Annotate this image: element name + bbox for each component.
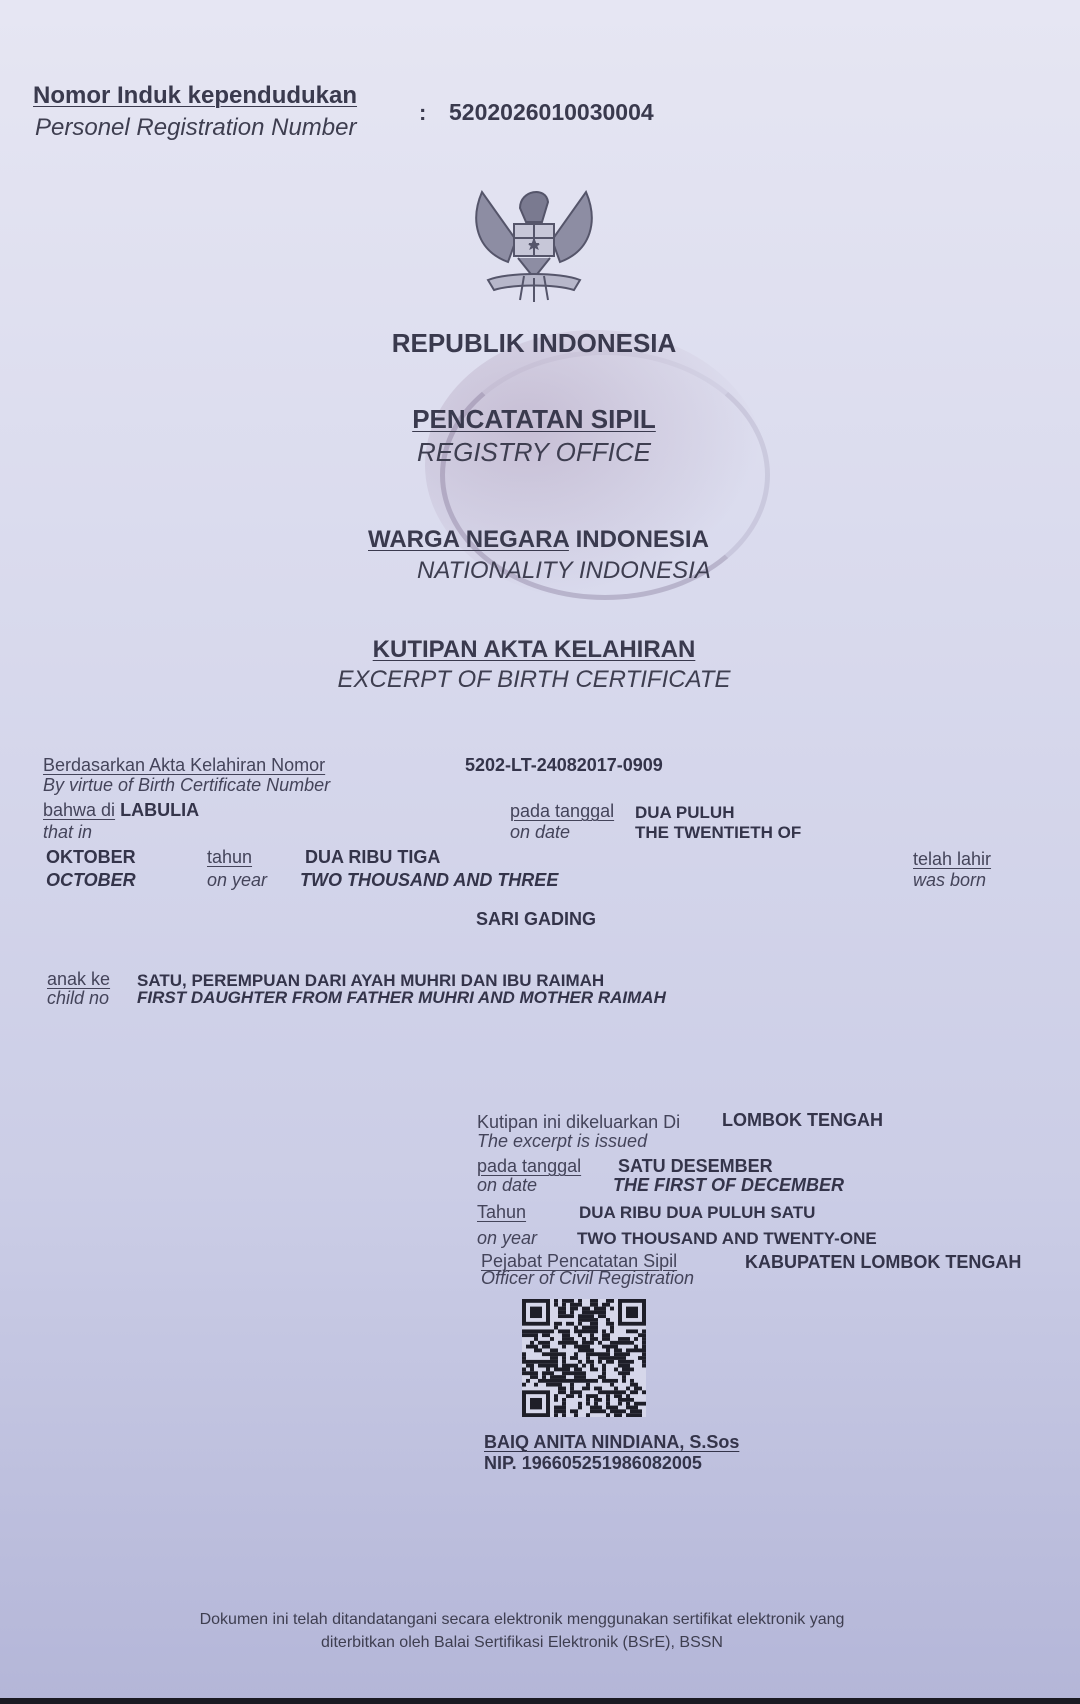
issue-year-label-en: on year	[477, 1228, 537, 1249]
nationality-row: WARGA NEGARA INDONESIA	[368, 526, 709, 554]
nik-label: Nomor Induk kependudukan	[33, 82, 357, 110]
cert-number-value: 5202-LT-24082017-0909	[465, 755, 663, 776]
born-label-en: was born	[913, 870, 986, 891]
signatory-nip: NIP. 196605251986082005	[484, 1453, 702, 1474]
birth-place-label: bahwa di	[43, 800, 115, 820]
country-title: REPUBLIK INDONESIA	[392, 328, 677, 359]
nationality-en: NATIONALITY INDONESIA	[417, 557, 711, 585]
issue-year-value-en: TWO THOUSAND AND TWENTY-ONE	[577, 1229, 877, 1249]
document-title: KUTIPAN AKTA KELAHIRAN	[373, 636, 696, 664]
nik-label-en: Personel Registration Number	[35, 114, 356, 142]
birth-place-value: LABULIA	[120, 800, 199, 820]
birth-year-value: DUA RIBU TIGA	[305, 847, 440, 868]
document-title-en: EXCERPT OF BIRTH CERTIFICATE	[338, 666, 731, 694]
child-order-label: anak ke	[47, 969, 110, 990]
birth-date-value-en: THE TWENTIETH OF	[635, 823, 801, 843]
issue-date-label: pada tanggal	[477, 1156, 581, 1177]
birth-place-row: bahwa di LABULIA	[43, 800, 199, 821]
cert-number-label-en: By virtue of Birth Certificate Number	[43, 775, 330, 796]
garuda-pancasila-emblem-icon	[468, 180, 600, 308]
office-title: PENCATATAN SIPIL	[412, 404, 656, 435]
nik-value: 5202026010030004	[449, 99, 654, 126]
birth-place-label-en: that in	[43, 822, 92, 843]
issue-year-label: Tahun	[477, 1202, 526, 1223]
nik-separator: :	[419, 100, 426, 126]
born-label: telah lahir	[913, 849, 991, 870]
birth-date-value: DUA PULUH	[635, 803, 734, 823]
issued-at-label: Kutipan ini dikeluarkan Di	[477, 1112, 680, 1133]
issued-at-value: LOMBOK TENGAH	[722, 1110, 883, 1131]
e-signature-notice-line1: Dokumen ini telah ditandatangani secara …	[200, 1611, 845, 1629]
officer-value: KABUPATEN LOMBOK TENGAH	[745, 1252, 1021, 1273]
child-order-label-en: child no	[47, 988, 109, 1009]
issue-date-label-en: on date	[477, 1175, 537, 1196]
signatory-name: BAIQ ANITA NINDIANA, S.Sos	[484, 1432, 739, 1453]
issue-year-value: DUA RIBU DUA PULUH SATU	[579, 1203, 815, 1223]
issue-date-value: SATU DESEMBER	[618, 1156, 773, 1177]
birth-month-value: OKTOBER	[46, 847, 136, 868]
photo-bottom-edge	[0, 1698, 1080, 1704]
child-name: SARI GADING	[476, 909, 596, 930]
cert-number-label: Berdasarkan Akta Kelahiran Nomor	[43, 755, 325, 776]
birth-date-label: pada tanggal	[510, 801, 614, 822]
birth-year-label-en: on year	[207, 870, 267, 891]
birth-date-label-en: on date	[510, 822, 570, 843]
nationality-label: WARGA NEGARA	[368, 526, 569, 553]
qr-code-icon[interactable]	[522, 1299, 646, 1417]
office-title-en: REGISTRY OFFICE	[417, 437, 651, 468]
officer-label-en: Officer of Civil Registration	[481, 1268, 694, 1289]
issue-date-value-en: THE FIRST OF DECEMBER	[613, 1175, 844, 1196]
child-order-value-en: FIRST DAUGHTER FROM FATHER MUHRI AND MOT…	[137, 988, 666, 1008]
nationality-value: INDONESIA	[576, 526, 709, 553]
birth-year-label: tahun	[207, 847, 252, 868]
e-signature-notice-line2: diterbitkan oleh Balai Sertifikasi Elekt…	[321, 1634, 723, 1652]
birth-year-value-en: TWO THOUSAND AND THREE	[300, 870, 558, 891]
issued-at-label-en: The excerpt is issued	[477, 1131, 647, 1152]
birth-month-value-en: OCTOBER	[46, 870, 136, 891]
